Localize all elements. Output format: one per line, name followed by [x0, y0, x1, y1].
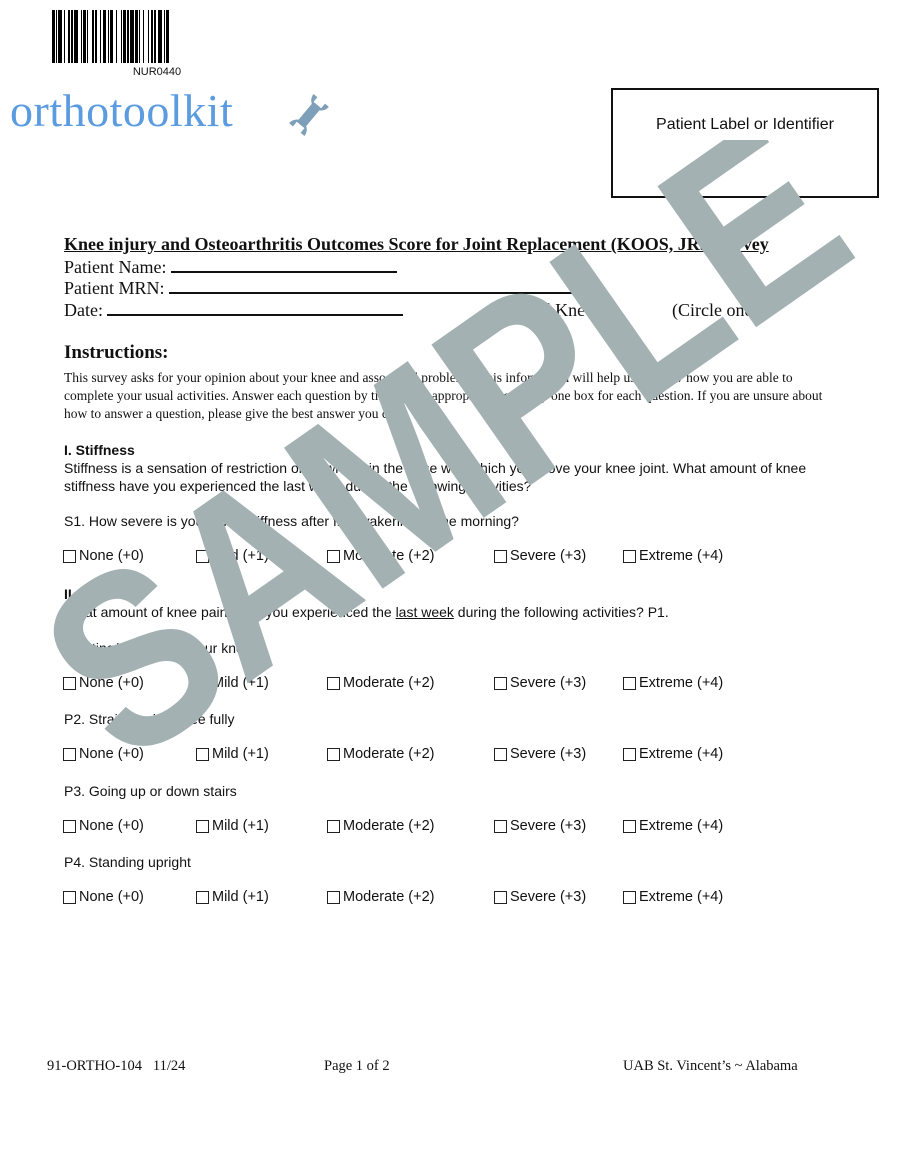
checkbox[interactable]: [196, 891, 209, 904]
footer-organization: UAB St. Vincent’s ~ Alabama: [623, 1058, 798, 1075]
option-label: Moderate (+2): [343, 746, 434, 762]
checkbox[interactable]: [494, 891, 507, 904]
option-severe[interactable]: Severe (+3): [494, 548, 586, 564]
option-label: Extreme (+4): [639, 818, 723, 834]
option-label: Moderate (+2): [343, 675, 434, 691]
checkbox[interactable]: [196, 820, 209, 833]
option-label: None (+0): [79, 548, 144, 564]
checkbox[interactable]: [494, 677, 507, 690]
patient-mrn-line[interactable]: [169, 292, 599, 294]
question-s1: S1. How severe is your knee stiffness af…: [64, 512, 519, 530]
option-mild[interactable]: Mild (+1): [196, 818, 269, 834]
question-p3: P3. Going up or down stairs: [64, 782, 237, 800]
question-p2: P2. Straightening knee fully: [64, 710, 234, 728]
option-label: Extreme (+4): [639, 889, 723, 905]
option-label: None (+0): [79, 746, 144, 762]
affected-knee-options[interactable]: (Circle one): [672, 300, 758, 321]
option-label: Moderate (+2): [343, 889, 434, 905]
instructions-heading: Instructions:: [64, 342, 169, 364]
option-label: Mild (+1): [212, 548, 269, 564]
checkbox[interactable]: [494, 748, 507, 761]
sample-watermark: SAMPLE: [40, 140, 890, 760]
patient-mrn-label: Patient MRN:: [64, 278, 165, 298]
wrench-icon: [286, 94, 332, 136]
affected-knee-label: Affected Knee:: [488, 300, 598, 321]
option-none[interactable]: None (+0): [63, 818, 144, 834]
option-label: Severe (+3): [510, 818, 586, 834]
checkbox[interactable]: [196, 748, 209, 761]
option-extreme[interactable]: Extreme (+4): [623, 746, 723, 762]
checkbox[interactable]: [623, 748, 636, 761]
option-moderate[interactable]: Moderate (+2): [327, 889, 434, 905]
pain-intro-text: What amount of knee pain have you experi…: [64, 604, 396, 620]
option-extreme[interactable]: Extreme (+4): [623, 675, 723, 691]
option-label: Severe (+3): [510, 889, 586, 905]
option-none[interactable]: None (+0): [63, 889, 144, 905]
barcode: [52, 10, 250, 63]
checkbox[interactable]: [327, 550, 340, 563]
option-none[interactable]: None (+0): [63, 548, 144, 564]
checkbox[interactable]: [63, 891, 76, 904]
option-mild[interactable]: Mild (+1): [196, 746, 269, 762]
option-moderate[interactable]: Moderate (+2): [327, 818, 434, 834]
option-label: None (+0): [79, 818, 144, 834]
option-label: Mild (+1): [212, 746, 269, 762]
option-extreme[interactable]: Extreme (+4): [623, 889, 723, 905]
patient-name-line[interactable]: [171, 271, 397, 273]
checkbox[interactable]: [63, 550, 76, 563]
date-label: Date:: [64, 300, 103, 320]
checkbox[interactable]: [327, 677, 340, 690]
section-stiffness-heading: I. Stiffness: [64, 442, 135, 458]
patient-label-box: Patient Label or Identifier: [611, 88, 879, 198]
option-label: None (+0): [79, 675, 144, 691]
section-stiffness-intro: Stiffness is a sensation of restriction …: [64, 459, 824, 495]
option-label: Extreme (+4): [639, 675, 723, 691]
patient-name-label: Patient Name:: [64, 257, 166, 277]
option-severe[interactable]: Severe (+3): [494, 889, 586, 905]
footer-form-code: 91-ORTHO-104 11/24: [47, 1058, 185, 1075]
option-none[interactable]: None (+0): [63, 746, 144, 762]
pain-intro-text-end: during the following activities? P1.: [454, 604, 669, 620]
form-title: Knee injury and Osteoarthritis Outcomes …: [64, 234, 769, 255]
checkbox[interactable]: [623, 820, 636, 833]
option-label: Severe (+3): [510, 675, 586, 691]
section-pain-heading: II. Pain: [64, 586, 109, 602]
checkbox[interactable]: [196, 677, 209, 690]
pain-intro-emphasis: last week: [396, 604, 454, 620]
option-label: None (+0): [79, 889, 144, 905]
checkbox[interactable]: [623, 891, 636, 904]
option-mild[interactable]: Mild (+1): [196, 675, 269, 691]
svg-text:SAMPLE: SAMPLE: [40, 140, 890, 760]
checkbox[interactable]: [63, 677, 76, 690]
instructions-text: This survey asks for your opinion about …: [64, 369, 834, 423]
option-severe[interactable]: Severe (+3): [494, 746, 586, 762]
option-moderate[interactable]: Moderate (+2): [327, 548, 434, 564]
checkbox[interactable]: [327, 748, 340, 761]
option-label: Mild (+1): [212, 889, 269, 905]
checkbox[interactable]: [623, 677, 636, 690]
option-label: Severe (+3): [510, 746, 586, 762]
question-p4: P4. Standing upright: [64, 853, 191, 871]
option-mild[interactable]: Mild (+1): [196, 889, 269, 905]
checkbox[interactable]: [327, 820, 340, 833]
option-label: Mild (+1): [212, 675, 269, 691]
option-severe[interactable]: Severe (+3): [494, 818, 586, 834]
checkbox[interactable]: [63, 748, 76, 761]
option-extreme[interactable]: Extreme (+4): [623, 548, 723, 564]
checkbox[interactable]: [494, 550, 507, 563]
patient-mrn-field[interactable]: Patient MRN:: [64, 278, 599, 299]
barcode-number: NUR0440: [52, 66, 262, 78]
option-label: Extreme (+4): [639, 548, 723, 564]
checkbox[interactable]: [63, 820, 76, 833]
orthotoolkit-logo: orthotoolkit: [10, 88, 233, 134]
option-mild[interactable]: Mild (+1): [196, 548, 269, 564]
section-pain-intro: What amount of knee pain have you experi…: [64, 603, 669, 621]
option-label: Extreme (+4): [639, 746, 723, 762]
checkbox[interactable]: [494, 820, 507, 833]
option-moderate[interactable]: Moderate (+2): [327, 675, 434, 691]
checkbox[interactable]: [327, 891, 340, 904]
footer-page-number: Page 1 of 2: [324, 1058, 390, 1075]
date-field[interactable]: Date:: [64, 300, 403, 321]
date-line[interactable]: [107, 314, 403, 316]
option-moderate[interactable]: Moderate (+2): [327, 746, 434, 762]
patient-name-field[interactable]: Patient Name:: [64, 257, 397, 278]
option-label: Moderate (+2): [343, 548, 434, 564]
option-none[interactable]: None (+0): [63, 675, 144, 691]
option-severe[interactable]: Severe (+3): [494, 675, 586, 691]
question-p1: Twisting/pivoting on your knee: [64, 639, 252, 657]
patient-label-text: Patient Label or Identifier: [613, 116, 877, 134]
checkbox[interactable]: [196, 550, 209, 563]
option-label: Severe (+3): [510, 548, 586, 564]
option-label: Mild (+1): [212, 818, 269, 834]
checkbox[interactable]: [623, 550, 636, 563]
option-label: Moderate (+2): [343, 818, 434, 834]
option-extreme[interactable]: Extreme (+4): [623, 818, 723, 834]
